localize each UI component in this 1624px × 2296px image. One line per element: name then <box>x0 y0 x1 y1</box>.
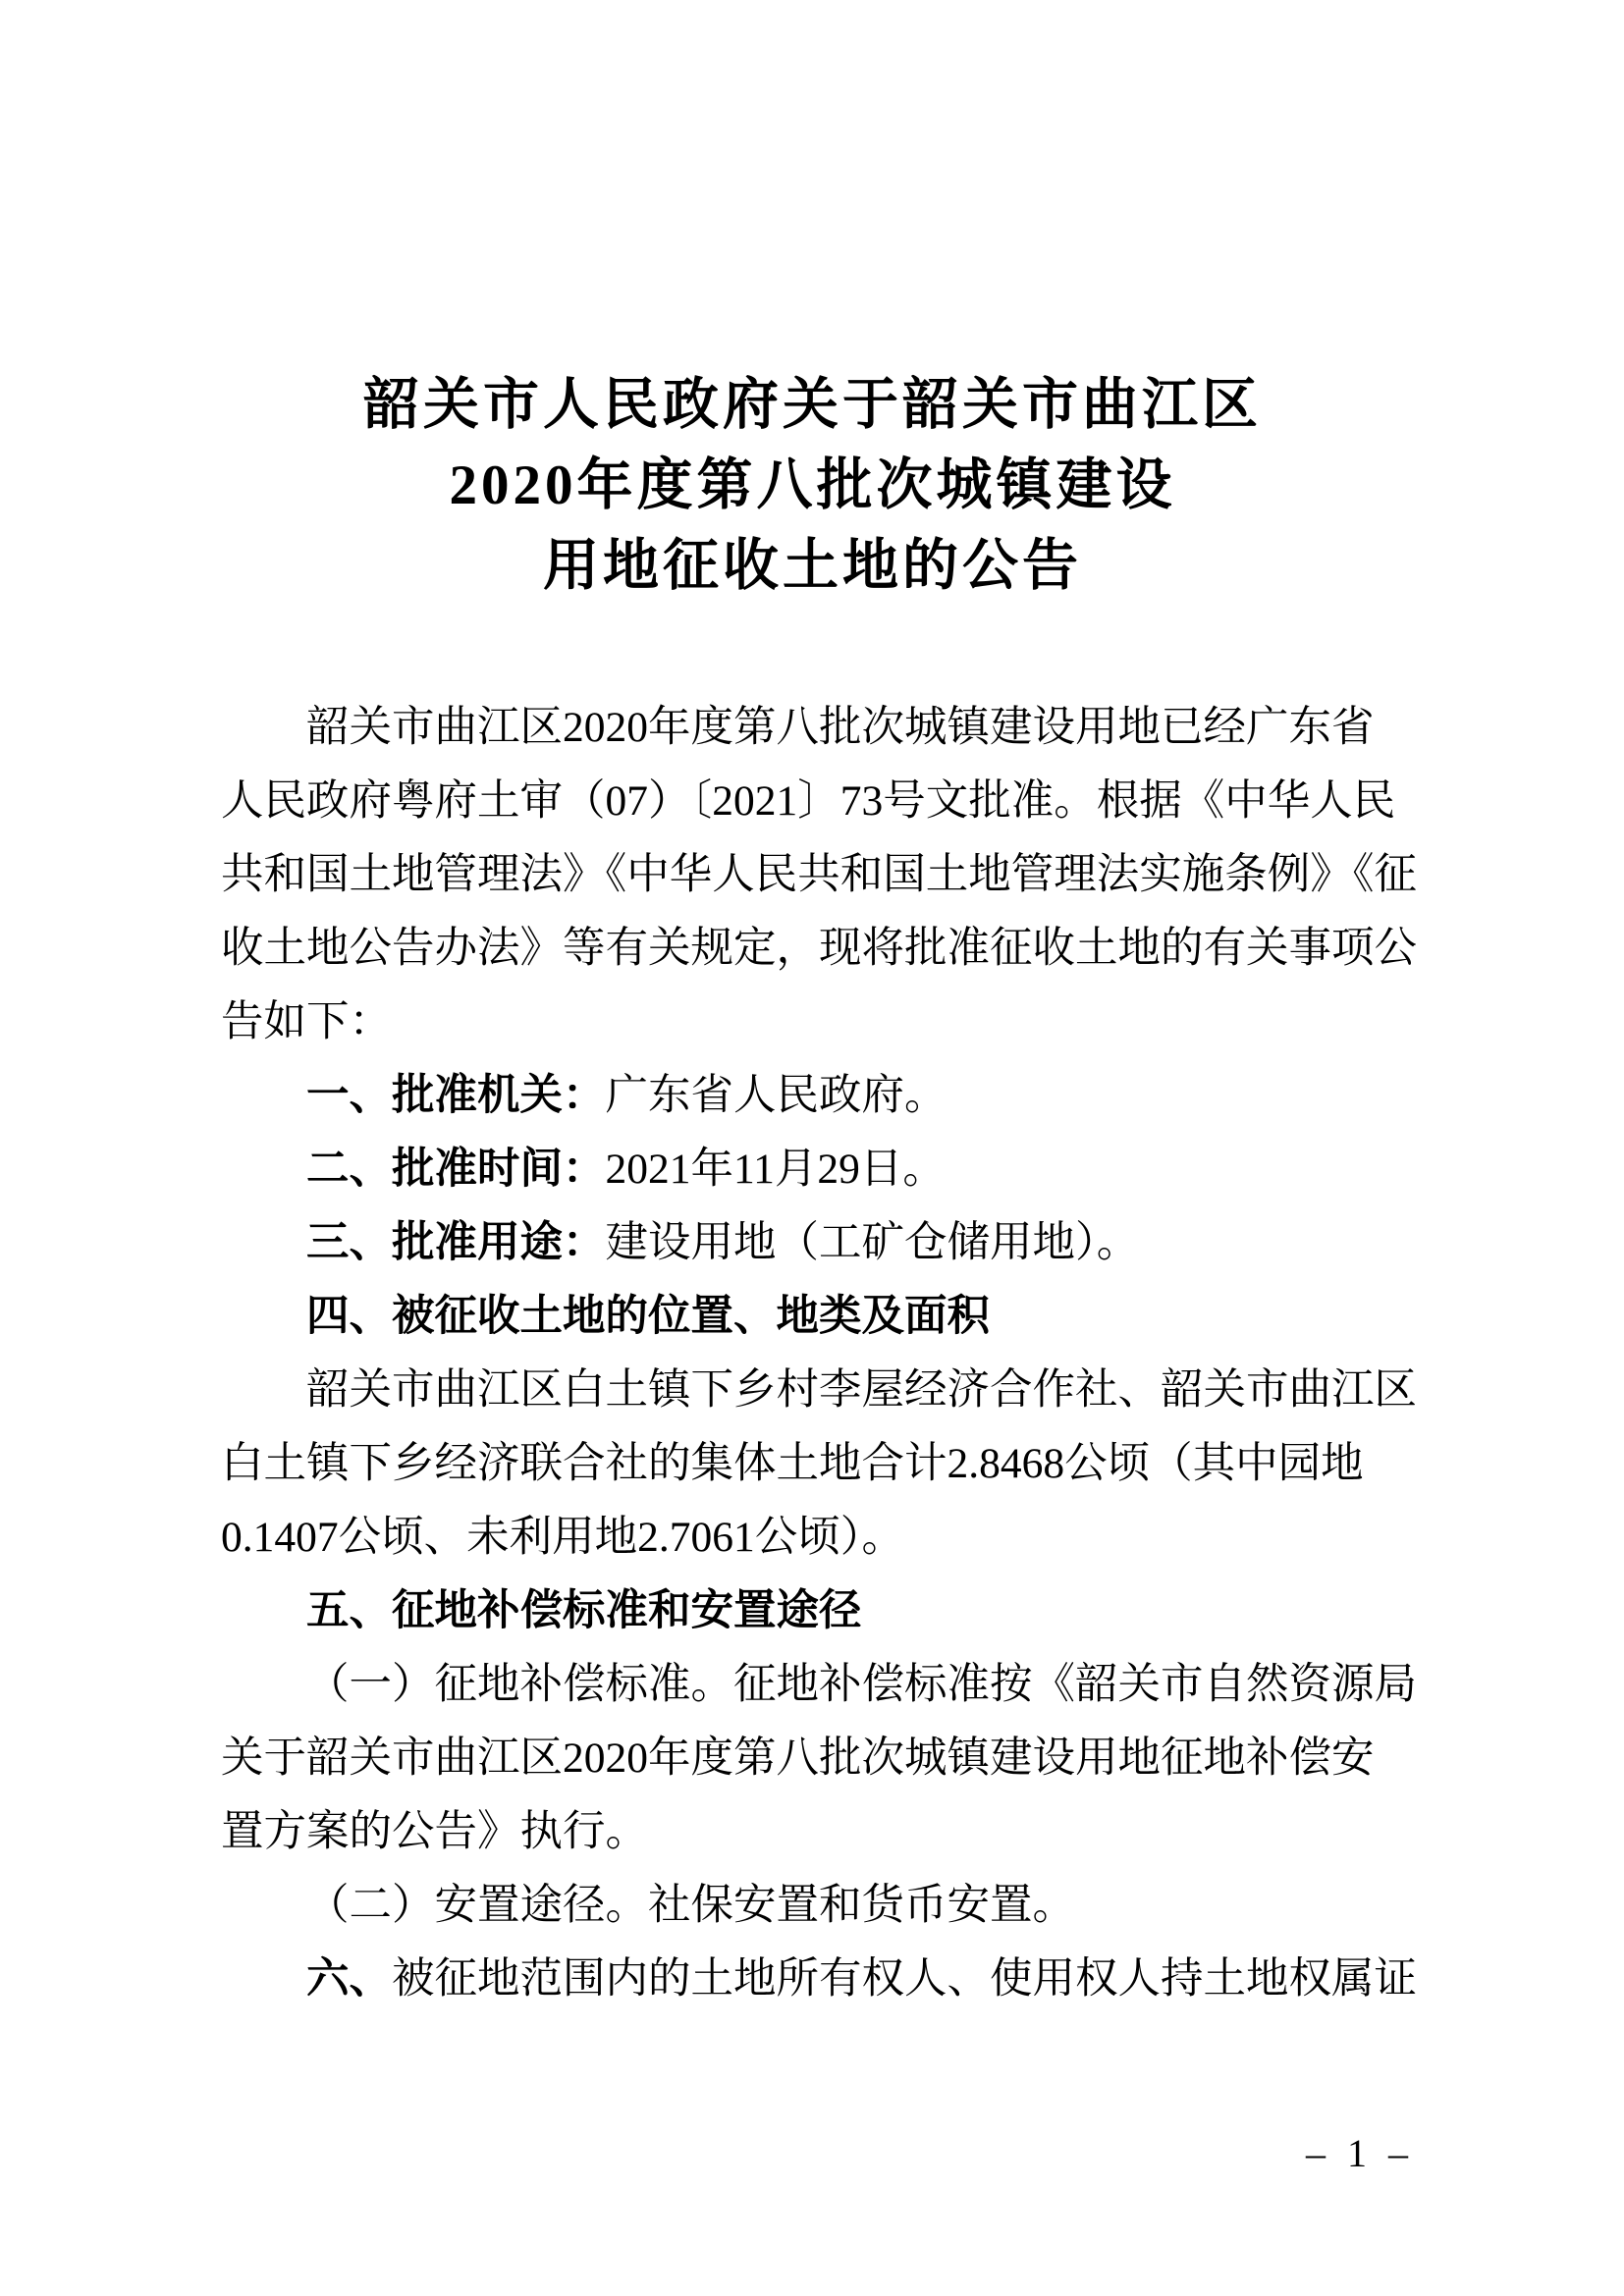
text-segment: 被征地范围内的土地所有权人、使用权人持土地权属证 <box>392 1955 1417 2002</box>
text-segment: 置方案的公告》执行。 <box>221 1808 648 1855</box>
heading-segment: 二、批准时间： <box>306 1146 606 1193</box>
body-line: 白土镇下乡经济联合社的集体土地合计2.8468公顷（其中园地 <box>221 1427 1423 1501</box>
text-segment: 广东省人民政府。 <box>606 1072 947 1119</box>
title-line: 用地征收土地的公告 <box>213 526 1412 607</box>
document-title: 韶关市人民政府关于韶关市曲江区2020年度第八批次城镇建设用地征收土地的公告 <box>213 365 1412 607</box>
body-line: 置方案的公告》执行。 <box>221 1795 1423 1869</box>
body-line: 人民政府粤府土审（07）〔2021〕73号文批准。根据《中华人民 <box>221 765 1423 838</box>
body-line: 收土地公告办法》等有关规定，现将批准征收土地的有关事项公 <box>221 912 1423 986</box>
body-line: 韶关市曲江区白土镇下乡村李屋经济合作社、韶关市曲江区 <box>221 1354 1423 1427</box>
body-line: 0.1407公顷、未利用地2.7061公顷）。 <box>221 1501 1423 1575</box>
heading-segment: 五、征地补偿标准和安置途径 <box>306 1587 862 1634</box>
body-line: （一）征地补偿标准。征地补偿标准按《韶关市自然资源局 <box>221 1648 1423 1722</box>
title-line: 韶关市人民政府关于韶关市曲江区 <box>213 365 1412 446</box>
body-line: 四、被征收土地的位置、地类及面积 <box>221 1280 1423 1354</box>
text-segment: 2021年11月29日。 <box>606 1146 946 1193</box>
body-line: 五、征地补偿标准和安置途径 <box>221 1575 1423 1648</box>
heading-segment: 六、 <box>306 1955 392 2002</box>
text-segment: 收土地公告办法》等有关规定，现将批准征收土地的有关事项公 <box>221 925 1417 972</box>
page-number: – 1 – <box>1306 2130 1414 2176</box>
body-line: 六、被征地范围内的土地所有权人、使用权人持土地权属证 <box>221 1943 1423 2016</box>
text-segment: 韶关市曲江区2020年度第八批次城镇建设用地已经广东省 <box>306 704 1375 751</box>
document-body: 韶关市曲江区2020年度第八批次城镇建设用地已经广东省人民政府粤府土审（07）〔… <box>221 691 1423 2016</box>
body-line: 一、批准机关：广东省人民政府。 <box>221 1059 1423 1133</box>
text-segment: 建设用地（工矿仓储用地）。 <box>606 1219 1140 1266</box>
text-segment: 告如下： <box>221 998 392 1045</box>
heading-segment: 四、被征收土地的位置、地类及面积 <box>306 1293 990 1340</box>
text-segment: 0.1407公顷、未利用地2.7061公顷）。 <box>221 1514 904 1561</box>
text-segment: 共和国土地管理法》《中华人民共和国土地管理法实施条例》《征 <box>221 851 1417 898</box>
title-line: 2020年度第八批次城镇建设 <box>213 446 1412 526</box>
body-line: （二）安置途径。社保安置和货币安置。 <box>221 1869 1423 1943</box>
body-line: 关于韶关市曲江区2020年度第八批次城镇建设用地征地补偿安 <box>221 1722 1423 1795</box>
body-line: 二、批准时间：2021年11月29日。 <box>221 1133 1423 1206</box>
heading-segment: 一、批准机关： <box>306 1072 606 1119</box>
body-line: 三、批准用途：建设用地（工矿仓储用地）。 <box>221 1206 1423 1280</box>
text-segment: 人民政府粤府土审（07）〔2021〕73号文批准。根据《中华人民 <box>221 777 1395 825</box>
text-segment: 白土镇下乡经济联合社的集体土地合计2.8468公顷（其中园地 <box>221 1440 1364 1487</box>
text-segment: （二）安置途径。社保安置和货币安置。 <box>306 1882 1075 1929</box>
body-line: 告如下： <box>221 986 1423 1059</box>
body-line: 韶关市曲江区2020年度第八批次城镇建设用地已经广东省 <box>221 691 1423 765</box>
body-line: 共和国土地管理法》《中华人民共和国土地管理法实施条例》《征 <box>221 838 1423 912</box>
text-segment: （一）征地补偿标准。征地补偿标准按《韶关市自然资源局 <box>306 1661 1417 1708</box>
document-page: 韶关市人民政府关于韶关市曲江区2020年度第八批次城镇建设用地征收土地的公告 韶… <box>0 0 1624 2296</box>
text-segment: 韶关市曲江区白土镇下乡村李屋经济合作社、韶关市曲江区 <box>306 1366 1417 1414</box>
text-segment: 关于韶关市曲江区2020年度第八批次城镇建设用地征地补偿安 <box>221 1735 1375 1782</box>
heading-segment: 三、批准用途： <box>306 1219 606 1266</box>
